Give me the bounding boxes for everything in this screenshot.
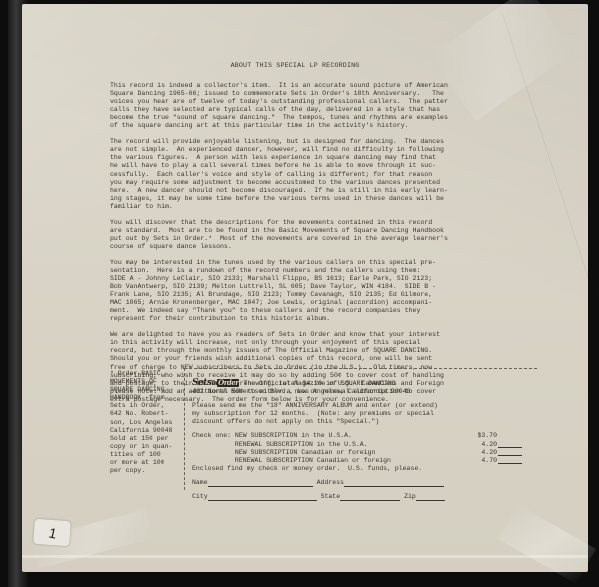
check-blank[interactable] — [498, 449, 522, 456]
check-blank[interactable] — [498, 457, 522, 464]
option-row[interactable]: NEW SUBSCRIPTION Canadian or foreign4.20 — [192, 449, 522, 457]
paragraph: You will discover that the descriptions … — [110, 219, 470, 251]
option-row[interactable]: Check one: NEW SUBSCRIPTION in the U.S.A… — [192, 432, 522, 440]
publisher-address: 462 North Robertson Blvd., Los Angeles, … — [192, 388, 522, 396]
handbook-note: * Order BASIC MOVEMENTS OF SQUARE DANCIN… — [110, 370, 190, 475]
address-label: Address — [317, 479, 344, 487]
paragraph: This record is indeed a collector's item… — [110, 82, 470, 130]
wrap-glare — [498, 504, 596, 584]
wrap-crease — [502, 14, 596, 300]
order-request: Please send me the "18" ANNIVERSARY ALBU… — [192, 402, 522, 426]
check-blank[interactable] — [498, 432, 522, 438]
subscription-options: Check one: NEW SUBSCRIPTION in the U.S.A… — [192, 432, 522, 464]
state-label: State — [321, 493, 341, 501]
liner-notes: ABOUT THIS SPECIAL LP RECORDING This rec… — [110, 62, 470, 412]
address-field[interactable] — [344, 479, 444, 487]
name-label: Name — [192, 479, 208, 487]
liner-notes-title: ABOUT THIS SPECIAL LP RECORDING — [120, 62, 470, 70]
zip-label: Zip — [404, 493, 416, 501]
paragraph: The record will provide enjoyable listen… — [110, 138, 470, 210]
name-field[interactable] — [208, 479, 313, 487]
zip-field[interactable] — [416, 493, 445, 501]
payment-note: Enclosed find my check or money order. U… — [192, 465, 522, 473]
sets-in-order-logo: SetsinOrder — [192, 379, 239, 388]
state-field[interactable] — [340, 493, 400, 501]
option-row[interactable]: RENEWAL SUBSCRIPTION in the U.S.A.4.20 — [192, 441, 522, 449]
magazine-name: The Official Magazine of SQUARE DANCING — [243, 380, 395, 387]
order-form: SetsinOrderThe Official Magazine of SQUA… — [184, 368, 537, 490]
city-label: City — [192, 493, 208, 501]
city-field[interactable] — [208, 493, 317, 501]
form-header: SetsinOrderThe Official Magazine of SQUA… — [192, 379, 522, 388]
paragraph: You may be interested in the tunes used … — [110, 259, 470, 323]
check-blank[interactable] — [498, 441, 522, 448]
option-row[interactable]: RENEWAL SUBSCRIPTION Canadian or foreign… — [192, 457, 522, 465]
inventory-sticker: 1 — [33, 519, 71, 546]
